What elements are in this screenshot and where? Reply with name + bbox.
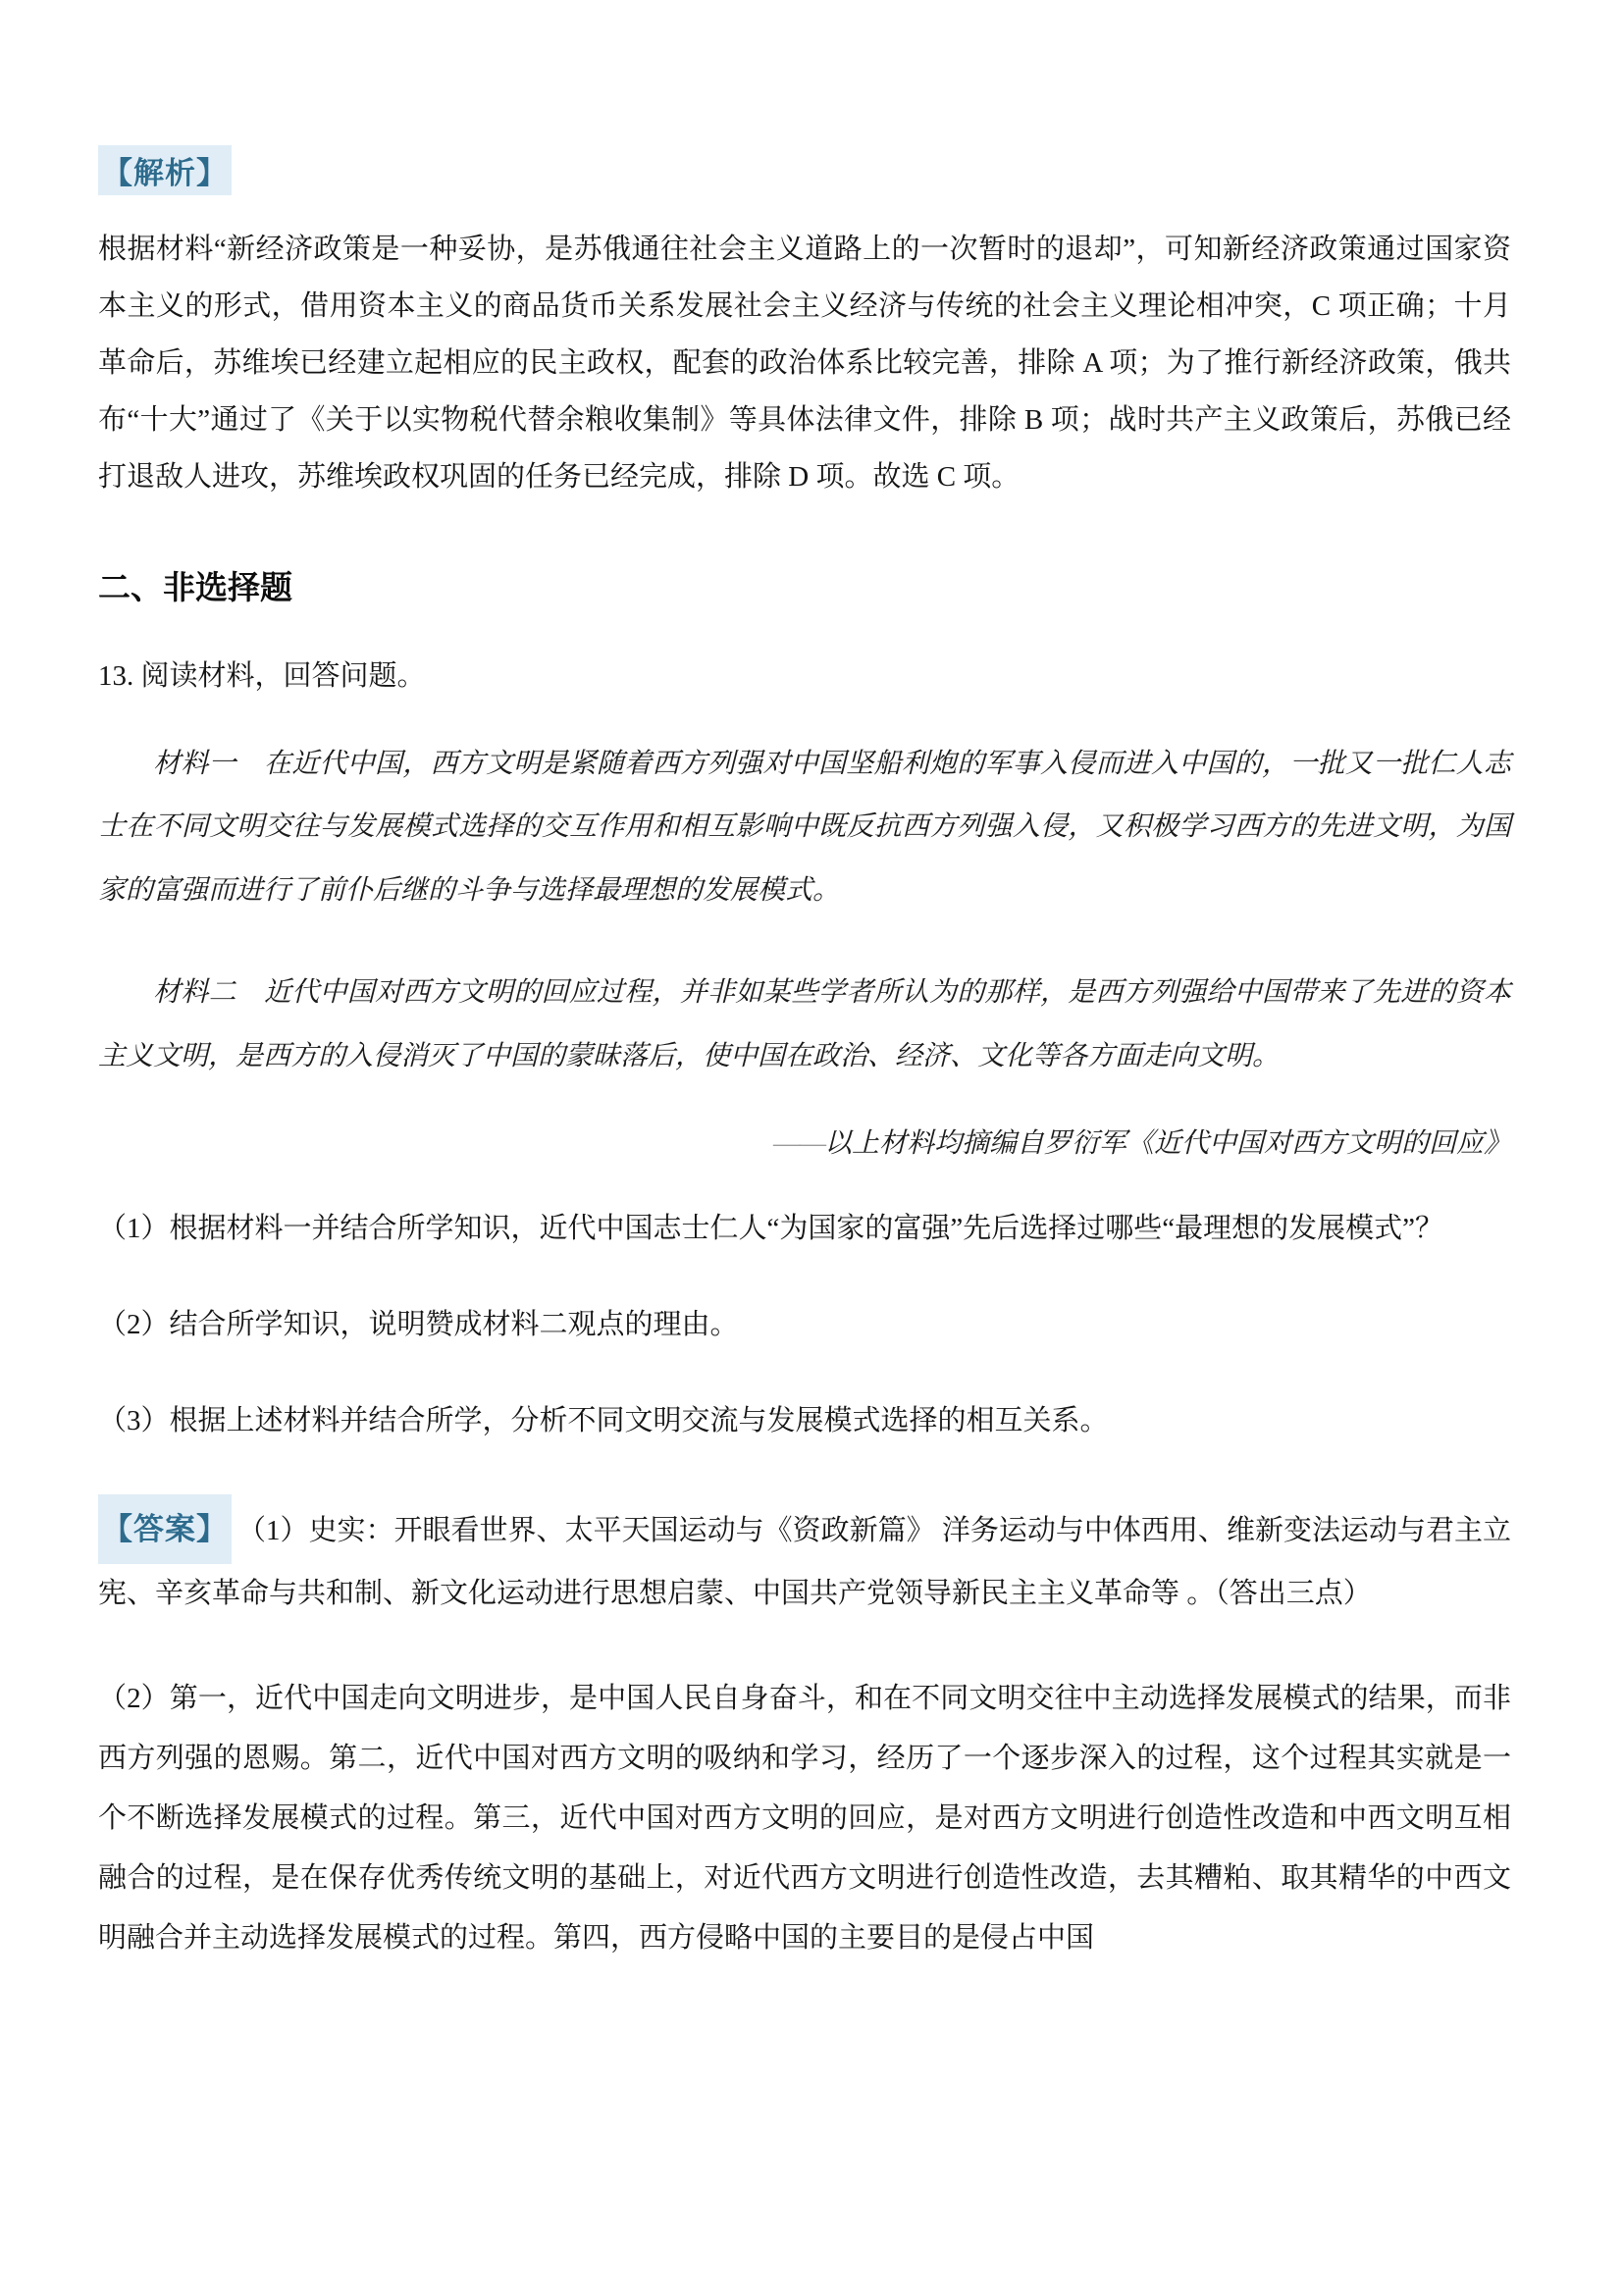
sub-question-3: （3）根据上述材料并结合所学，分析不同文明交流与发展模式选择的相互关系。 [98,1392,1511,1449]
answer-part-1-wrap: 【答案】（1）史实：开眼看世界、太平天国运动与《资政新篇》 洋务运动与中体西用、… [98,1494,1511,1624]
answer-label: 【答案】 [98,1494,232,1564]
answer-section: 【答案】（1）史实：开眼看世界、太平天国运动与《资政新篇》 洋务运动与中体西用、… [98,1494,1511,1967]
question-intro: 13. 阅读材料，回答问题。 [98,653,1511,694]
question-13: 13. 阅读材料，回答问题。 材料一 在近代中国，西方文明是紧随着西方列强对中国… [98,653,1511,1449]
analysis-section: 【解析】 根据材料“新经济政策是一种妥协，是苏俄通往社会主义道路上的一次暂时的退… [98,145,1511,505]
attribution-text: 以上材料均摘编自罗衍军《近代中国对西方文明的回应》 [824,1128,1511,1159]
material-two: 材料二 近代中国对西方文明的回应过程，并非如某些学者所认为的那样，是西方列强给中… [98,962,1511,1088]
attribution: ——以上材料均摘编自罗衍军《近代中国对西方文明的回应》 [98,1122,1511,1161]
sub-question-2: （2）结合所学知识，说明赞成材料二观点的理由。 [98,1296,1511,1353]
material-one: 材料一 在近代中国，西方文明是紧随着西方列强对中国坚船利炮的军事入侵而进入中国的… [98,733,1511,922]
answer-part-1: （1）史实：开眼看世界、太平天国运动与《资政新篇》 洋务运动与中体西用、维新变法… [98,1515,1511,1609]
document-page: 【解析】 根据材料“新经济政策是一种妥协，是苏俄通往社会主义道路上的一次暂时的退… [0,0,1623,2296]
sub-question-1: （1）根据材料一并结合所学知识，近代中国志士仁人“为国家的富强”先后选择过哪些“… [98,1200,1511,1257]
section-heading: 二、非选择题 [98,562,1511,608]
answer-part-2: （2）第一，近代中国走向文明进步，是中国人民自身奋斗，和在不同文明交往中主动选择… [98,1669,1511,1967]
analysis-label: 【解析】 [98,145,232,195]
analysis-text: 根据材料“新经济政策是一种妥协，是苏俄通往社会主义道路上的一次暂时的退却”，可知… [98,221,1511,505]
attribution-dash: —— [773,1128,824,1159]
